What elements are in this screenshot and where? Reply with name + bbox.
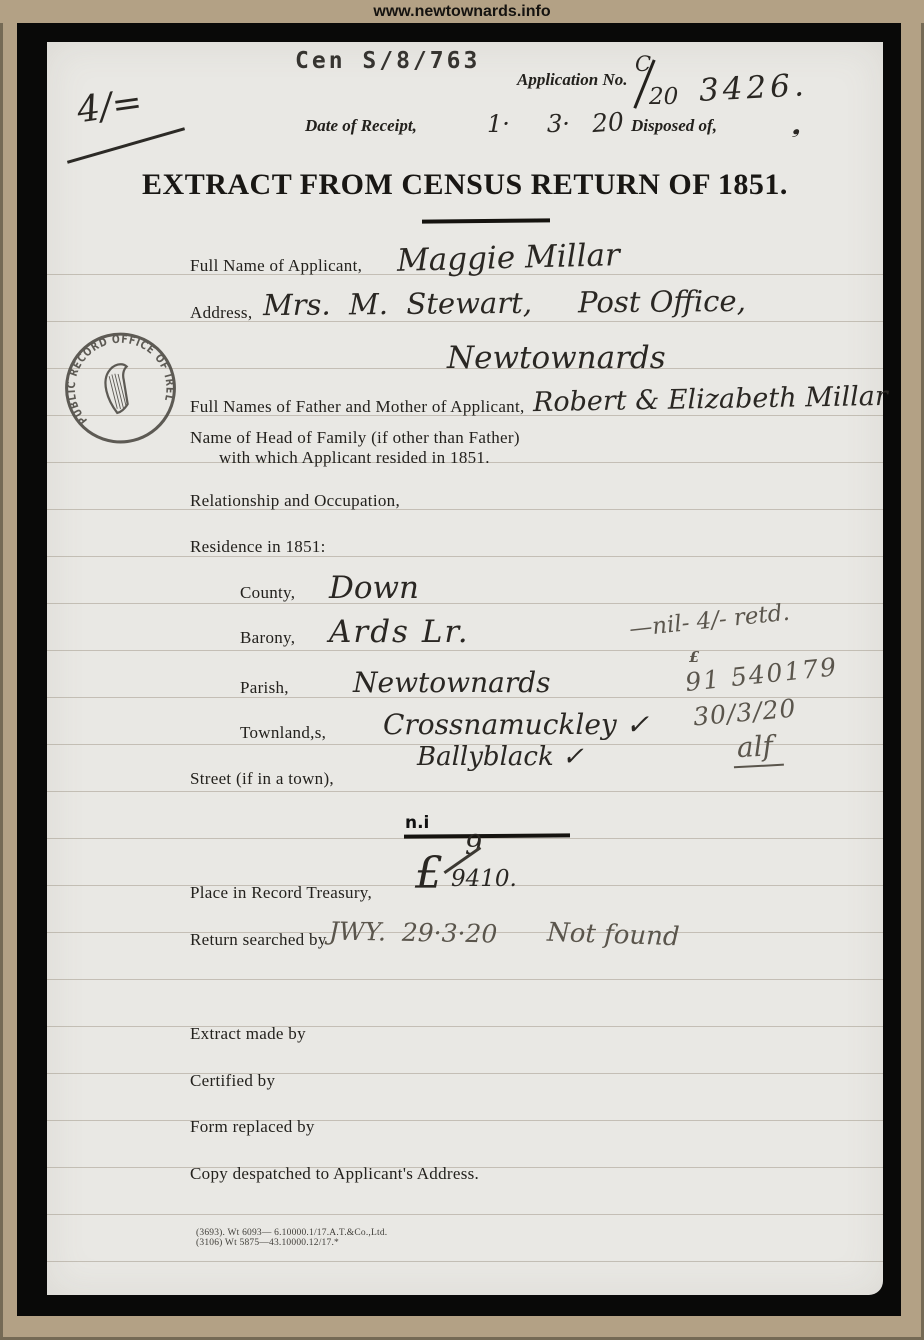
form-replaced-by-label: Form replaced by — [190, 1117, 315, 1137]
application-no-denominator: 20 — [649, 84, 678, 110]
application-no-label: Application No. — [517, 70, 628, 90]
return-searched-label: Return searched by — [190, 930, 327, 950]
public-record-office-seal: PUBLIC RECORD OFFICE OF IRELAND — [48, 317, 193, 462]
treasury-label: Place in Record Treasury, — [190, 883, 372, 903]
pencil-nil-note: —nil- 4/- retd. — [628, 600, 791, 643]
parish-label: Parish, — [240, 678, 289, 698]
barony-label: Barony, — [240, 628, 295, 648]
full-name-value: Maggie Millar — [397, 237, 621, 279]
disposed-of-label: Disposed of, — [631, 116, 717, 136]
parents-value: Robert & Elizabeth Millar — [533, 381, 888, 418]
document-page: Cen S/8/763 4/= Application No. C 20 342… — [47, 42, 883, 1295]
county-value: Down — [329, 570, 419, 606]
receipt-month: 3· — [547, 110, 570, 138]
cen-reference-stamp: Cen S/8/763 — [295, 48, 480, 74]
pound-sign: £ — [415, 848, 443, 899]
pen-tick-mark: ❟ — [792, 114, 800, 138]
return-searched-value: JWY. 29·3·20 — [329, 917, 498, 949]
site-url: www.newtownards.info — [373, 3, 550, 21]
return-searched-result: Not found — [547, 918, 680, 953]
receipt-day: 1· — [487, 110, 510, 138]
parents-label: Full Names of Father and Mother of Appli… — [190, 397, 525, 417]
pencil-initials: alf — [732, 729, 784, 769]
townlands-label: Townland,s, — [240, 723, 326, 743]
document-title: EXTRACT FROM CENSUS RETURN OF 1851. — [47, 168, 883, 202]
fee-underline-stroke — [67, 127, 185, 164]
address-line2: Newtownards — [447, 340, 666, 376]
county-label: County, — [240, 583, 295, 603]
fee-note: 4/= — [74, 82, 144, 132]
address-label: Address, — [190, 303, 252, 323]
head-of-family-label-line2: with which Applicant resided in 1851. — [219, 448, 490, 468]
residence-label: Residence in 1851: — [190, 537, 326, 557]
harp-icon — [101, 363, 137, 415]
barony-value: Ards Lr. — [329, 614, 470, 650]
page: { "banner": { "text": "www.newtownards.i… — [0, 0, 924, 1340]
parish-value: Newtownards — [353, 666, 551, 699]
street-label: Street (if in a town), — [190, 769, 334, 789]
title-underline — [422, 218, 550, 223]
relationship-label: Relationship and Occupation, — [190, 491, 400, 511]
treasury-reference-fraction: £ 9 9410. — [415, 834, 575, 914]
pencil-ref-date: 30/3/20 — [692, 694, 798, 732]
head-of-family-label-line1: Name of Head of Family (if other than Fa… — [190, 428, 520, 448]
printer-imprint-line2: (3106) Wt 5875—43.10000.12/17.* — [196, 1238, 339, 1249]
site-banner: www.newtownards.info — [0, 0, 924, 23]
townlands-value1: Crossnamuckley ✓ — [383, 708, 649, 741]
pencil-ref-number: 91 540179 — [684, 652, 839, 697]
treasury-denominator: 9410. — [451, 866, 517, 892]
pencil-ref-pound: £ — [689, 648, 699, 666]
date-of-receipt-label: Date of Receipt, — [305, 116, 417, 136]
printer-imprint-line1: (3693). Wt 6093— 6.10000.1/17.A.T.&Co.,L… — [196, 1228, 387, 1239]
receipt-year: 20 — [591, 107, 625, 138]
extract-made-by-label: Extract made by — [190, 1024, 306, 1044]
address-line1: Mrs. M. Stewart, Post Office, — [263, 284, 746, 322]
full-name-label: Full Name of Applicant, — [190, 256, 362, 276]
application-no-value: 3426. — [698, 67, 808, 109]
townlands-value2: Ballyblack ✓ — [417, 742, 584, 772]
certified-by-label: Certified by — [190, 1071, 275, 1091]
application-no-fraction: C 20 — [633, 58, 693, 118]
copy-despatched-label: Copy despatched to Applicant's Address. — [190, 1164, 479, 1184]
ni-annotation: n.i — [405, 813, 429, 833]
